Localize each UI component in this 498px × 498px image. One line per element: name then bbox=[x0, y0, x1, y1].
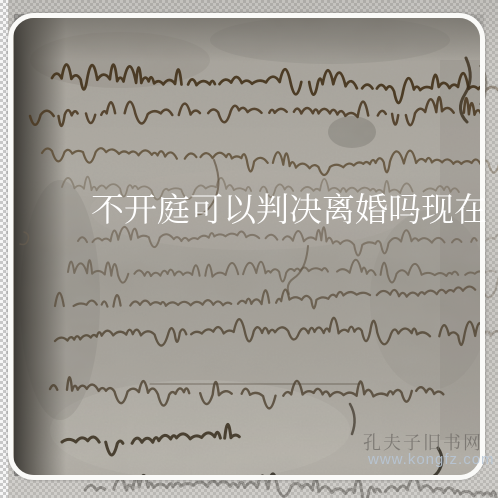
overlay-headline-text: 不开庭可以判决离婚吗现在 bbox=[91, 194, 487, 228]
screenshot-root: 不开庭可以判决离婚吗现在 孔夫子旧书网 www.kongfz.com bbox=[0, 0, 498, 498]
manuscript-photo bbox=[8, 13, 485, 480]
